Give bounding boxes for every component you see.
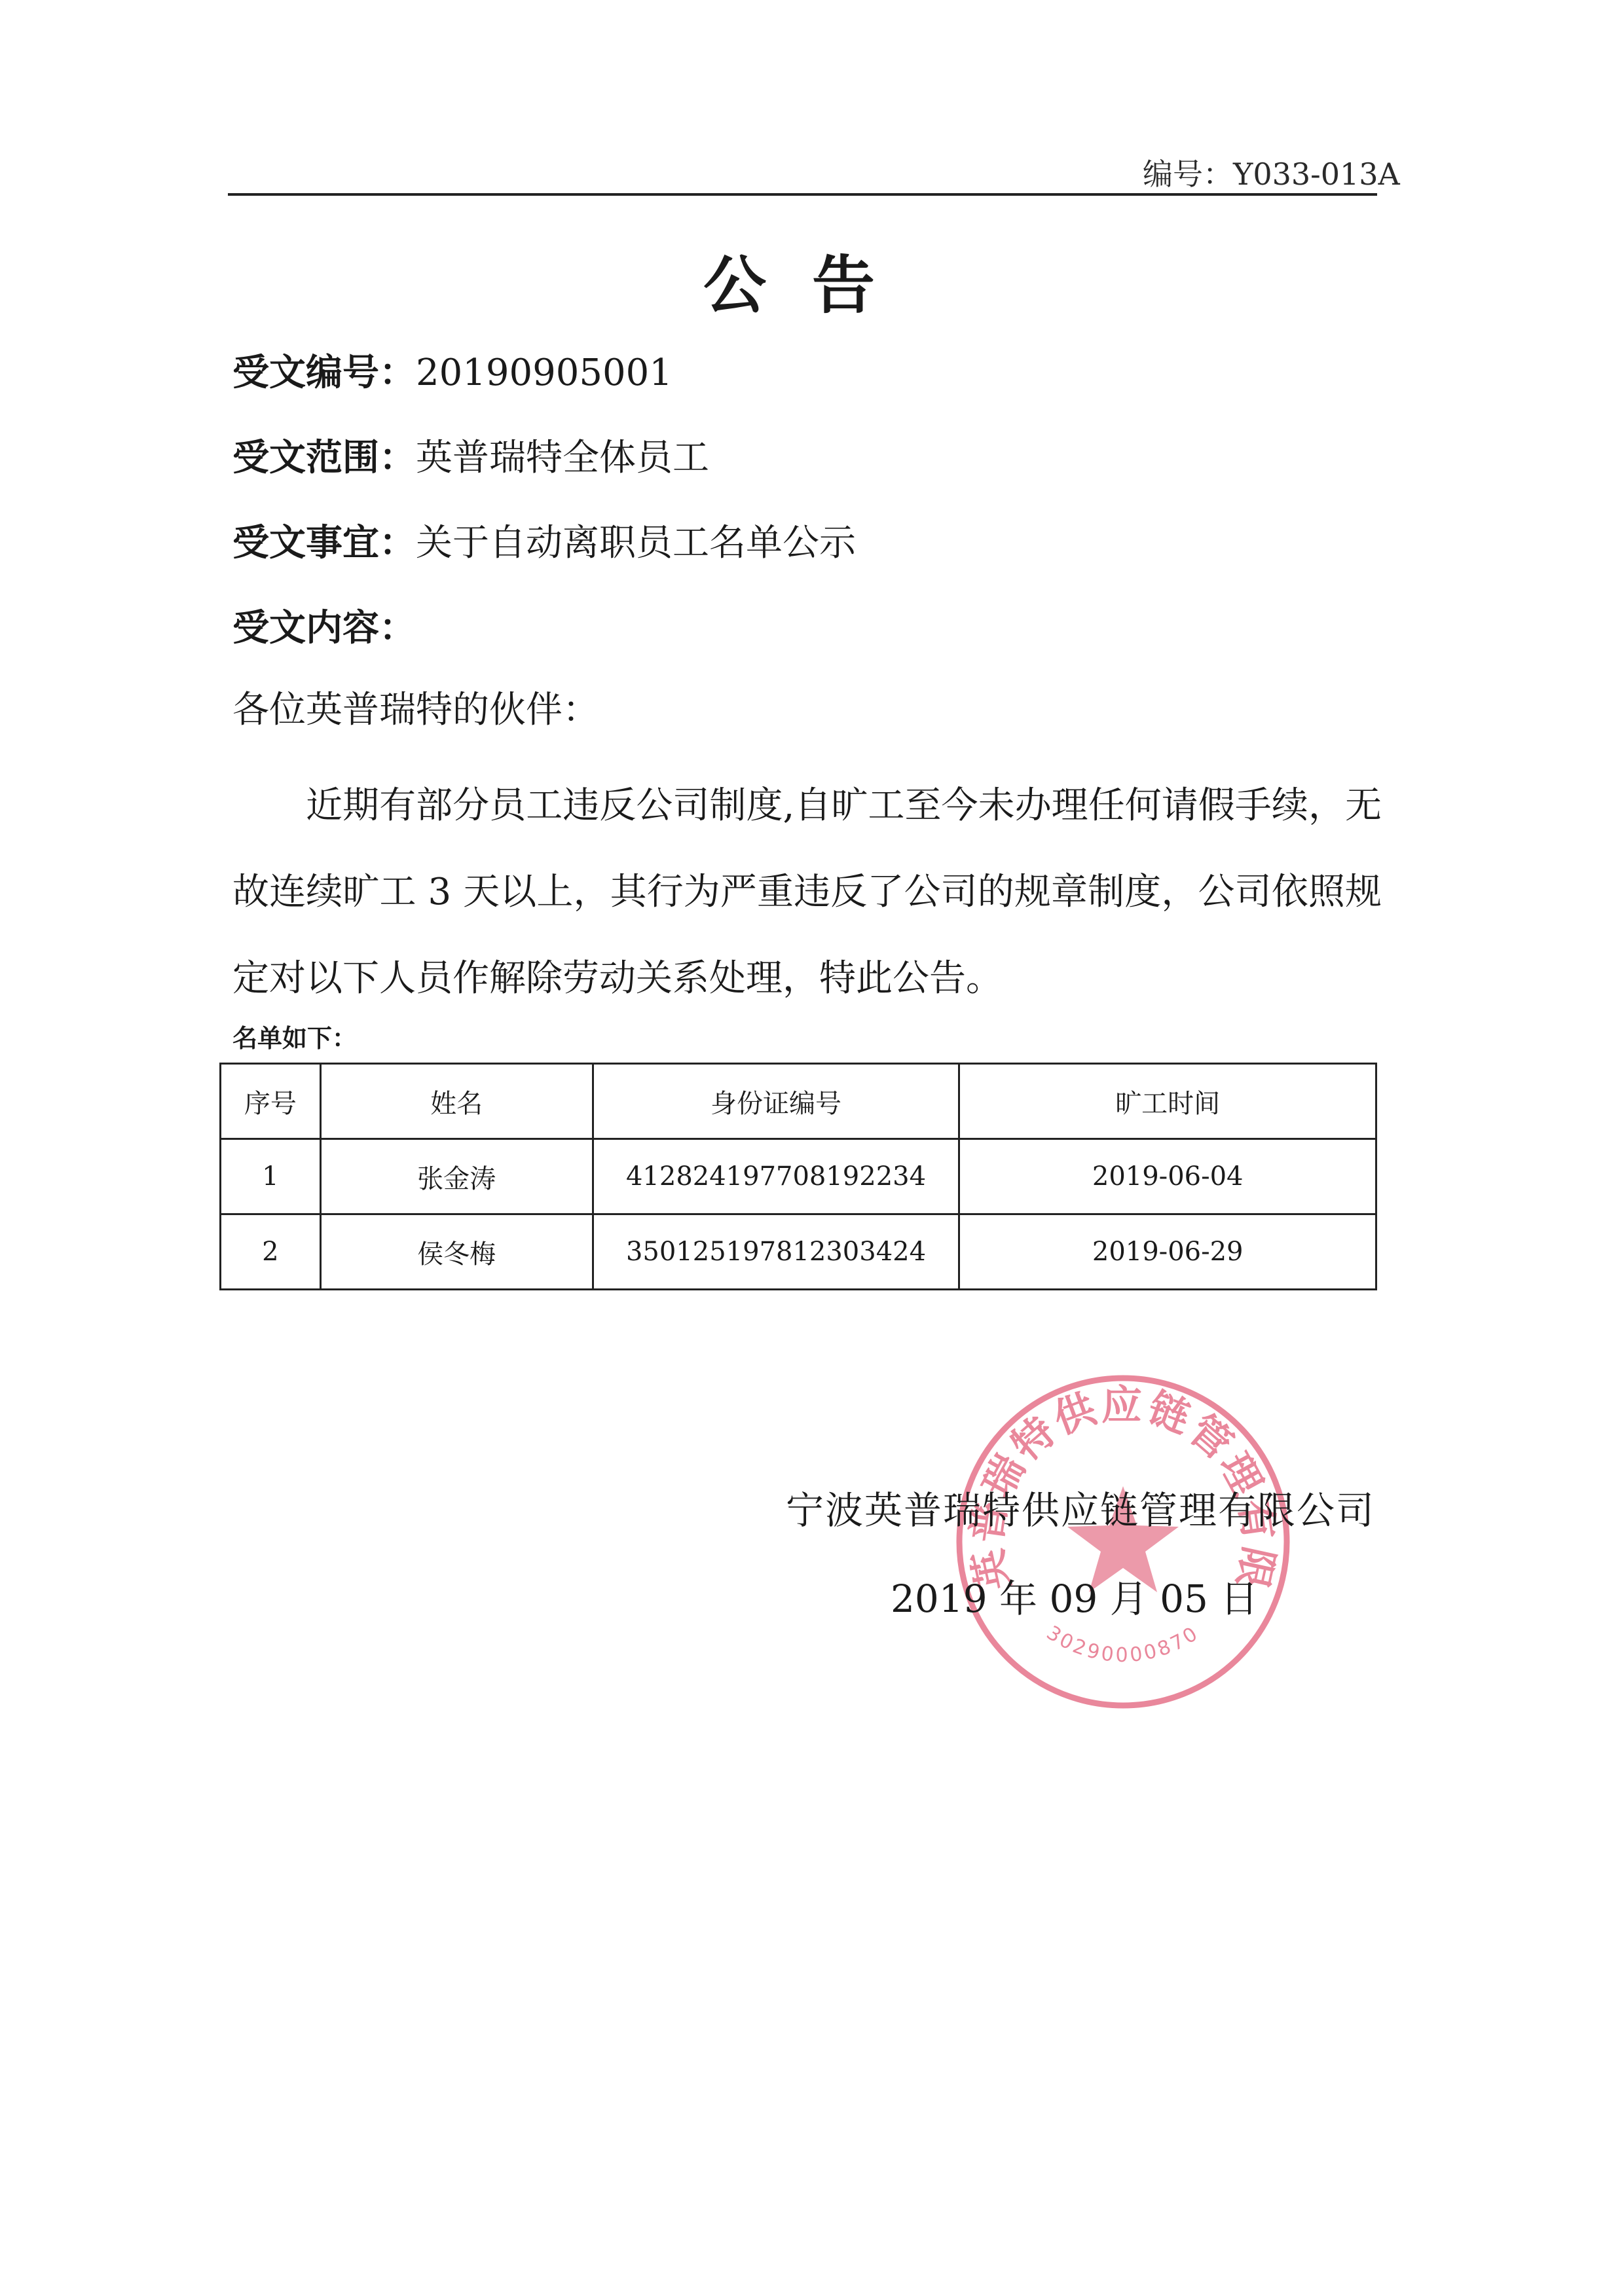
header-cell-name: 姓名 [320, 1064, 593, 1139]
cell-id: 412824197708192234 [593, 1139, 959, 1214]
header-cell-id: 身份证编号 [593, 1064, 959, 1139]
table-row: 1 张金涛 412824197708192234 2019-06-04 [221, 1139, 1376, 1214]
field-label: 受文内容： [232, 607, 416, 649]
field-value: 关于自动离职员工名单公示 [416, 522, 856, 564]
field-subject: 受文事宜：关于自动离职员工名单公示 [232, 514, 856, 566]
header-cell-absence-date: 旷工时间 [959, 1064, 1376, 1139]
field-label: 受文编号： [232, 352, 416, 394]
table-header-row: 序号 姓名 身份证编号 旷工时间 [221, 1064, 1376, 1139]
list-label: 名单如下： [232, 1018, 357, 1054]
cell-name: 张金涛 [320, 1139, 593, 1214]
field-label: 受文范围： [232, 437, 416, 479]
cell-index: 1 [221, 1139, 321, 1214]
dismissal-table: 序号 姓名 身份证编号 旷工时间 1 张金涛 41282419770819223… [219, 1063, 1377, 1290]
cell-absence-date: 2019-06-04 [959, 1139, 1376, 1214]
header-divider [228, 193, 1377, 196]
field-content: 受文内容： [232, 599, 416, 651]
greeting: 各位英普瑞特的伙伴： [232, 681, 599, 733]
field-label: 受文事宜： [232, 522, 416, 564]
signing-date: 2019 年 09 月 05 日 [891, 1568, 1258, 1623]
signing-company: 宁波英普瑞特供应链管理有限公司 [786, 1480, 1362, 1535]
page-title: 公告 [0, 236, 1624, 325]
cell-name: 侯冬梅 [320, 1214, 593, 1290]
document-number-value: Y033-013A [1233, 156, 1400, 192]
company-seal-icon: 宁波英普瑞特供应链管理有限公司 3302900008708 [953, 1372, 1293, 1712]
body-paragraph: 近期有部分员工违反公司制度,自旷工至今未办理任何请假手续，无故连续旷工 3 天以… [232, 763, 1382, 1022]
cell-id: 350125197812303424 [593, 1214, 959, 1290]
field-value: 20190905001 [416, 352, 673, 394]
cell-absence-date: 2019-06-29 [959, 1214, 1376, 1290]
table-row: 2 侯冬梅 350125197812303424 2019-06-29 [221, 1214, 1376, 1290]
field-scope: 受文范围：英普瑞特全体员工 [232, 429, 709, 481]
cell-index: 2 [221, 1214, 321, 1290]
document-number-label: 编号： [1143, 156, 1233, 192]
field-value: 英普瑞特全体员工 [416, 437, 709, 479]
document-number: 编号：Y033-013A [1143, 151, 1400, 194]
header-cell-index: 序号 [221, 1064, 321, 1139]
field-doc-number: 受文编号：20190905001 [232, 344, 673, 396]
